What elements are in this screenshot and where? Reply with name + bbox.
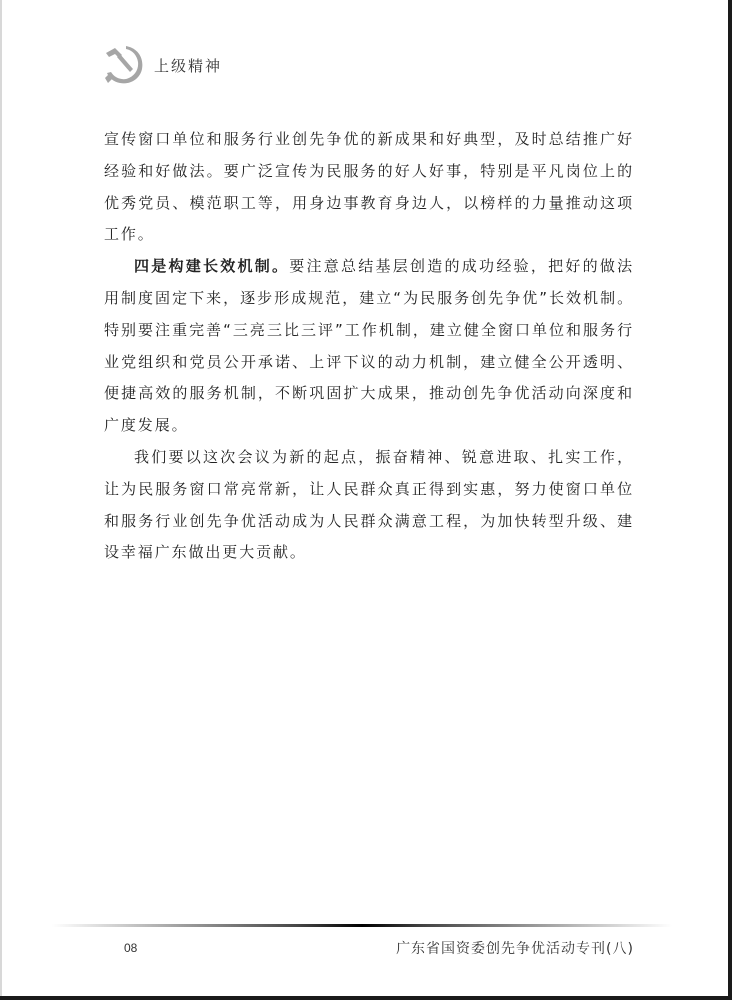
page-edge-right bbox=[728, 0, 732, 1000]
paragraph-text: 我们要以这次会议为新的起点，振奋精神、锐意进取、扎实工作，让为民服务窗口常亮常新… bbox=[104, 448, 634, 561]
section-header: 上级精神 bbox=[100, 42, 222, 88]
paragraph-text: 要注意总结基层创造的成功经验，把好的做法用制度固定下来，逐步形成规范，建立“为民… bbox=[104, 257, 634, 434]
section-title: 上级精神 bbox=[154, 55, 222, 76]
paragraph-text: 宣传窗口单位和服务行业创先争优的新成果和好典型，及时总结推广好经验和好做法。要广… bbox=[104, 130, 634, 243]
paragraph: 四是构建长效机制。要注意总结基层创造的成功经验，把好的做法用制度固定下来，逐步形… bbox=[104, 251, 634, 442]
paragraph-lead: 四是构建长效机制。 bbox=[134, 257, 289, 275]
hammer-sickle-icon bbox=[100, 42, 146, 88]
page-edge-bottom bbox=[0, 996, 732, 1000]
document-page: 上级精神 宣传窗口单位和服务行业创先争优的新成果和好典型，及时总结推广好经验和好… bbox=[0, 0, 732, 1000]
paragraph: 我们要以这次会议为新的起点，振奋精神、锐意进取、扎实工作，让为民服务窗口常亮常新… bbox=[104, 442, 634, 569]
footer-divider bbox=[52, 924, 672, 927]
article-body: 宣传窗口单位和服务行业创先争优的新成果和好典型，及时总结推广好经验和好做法。要广… bbox=[104, 124, 634, 569]
page-number: 08 bbox=[124, 941, 137, 955]
paragraph: 宣传窗口单位和服务行业创先争优的新成果和好典型，及时总结推广好经验和好做法。要广… bbox=[104, 124, 634, 251]
page-edge-left bbox=[0, 0, 2, 1000]
publication-title: 广东省国资委创先争优活动专刊(八) bbox=[396, 938, 634, 958]
